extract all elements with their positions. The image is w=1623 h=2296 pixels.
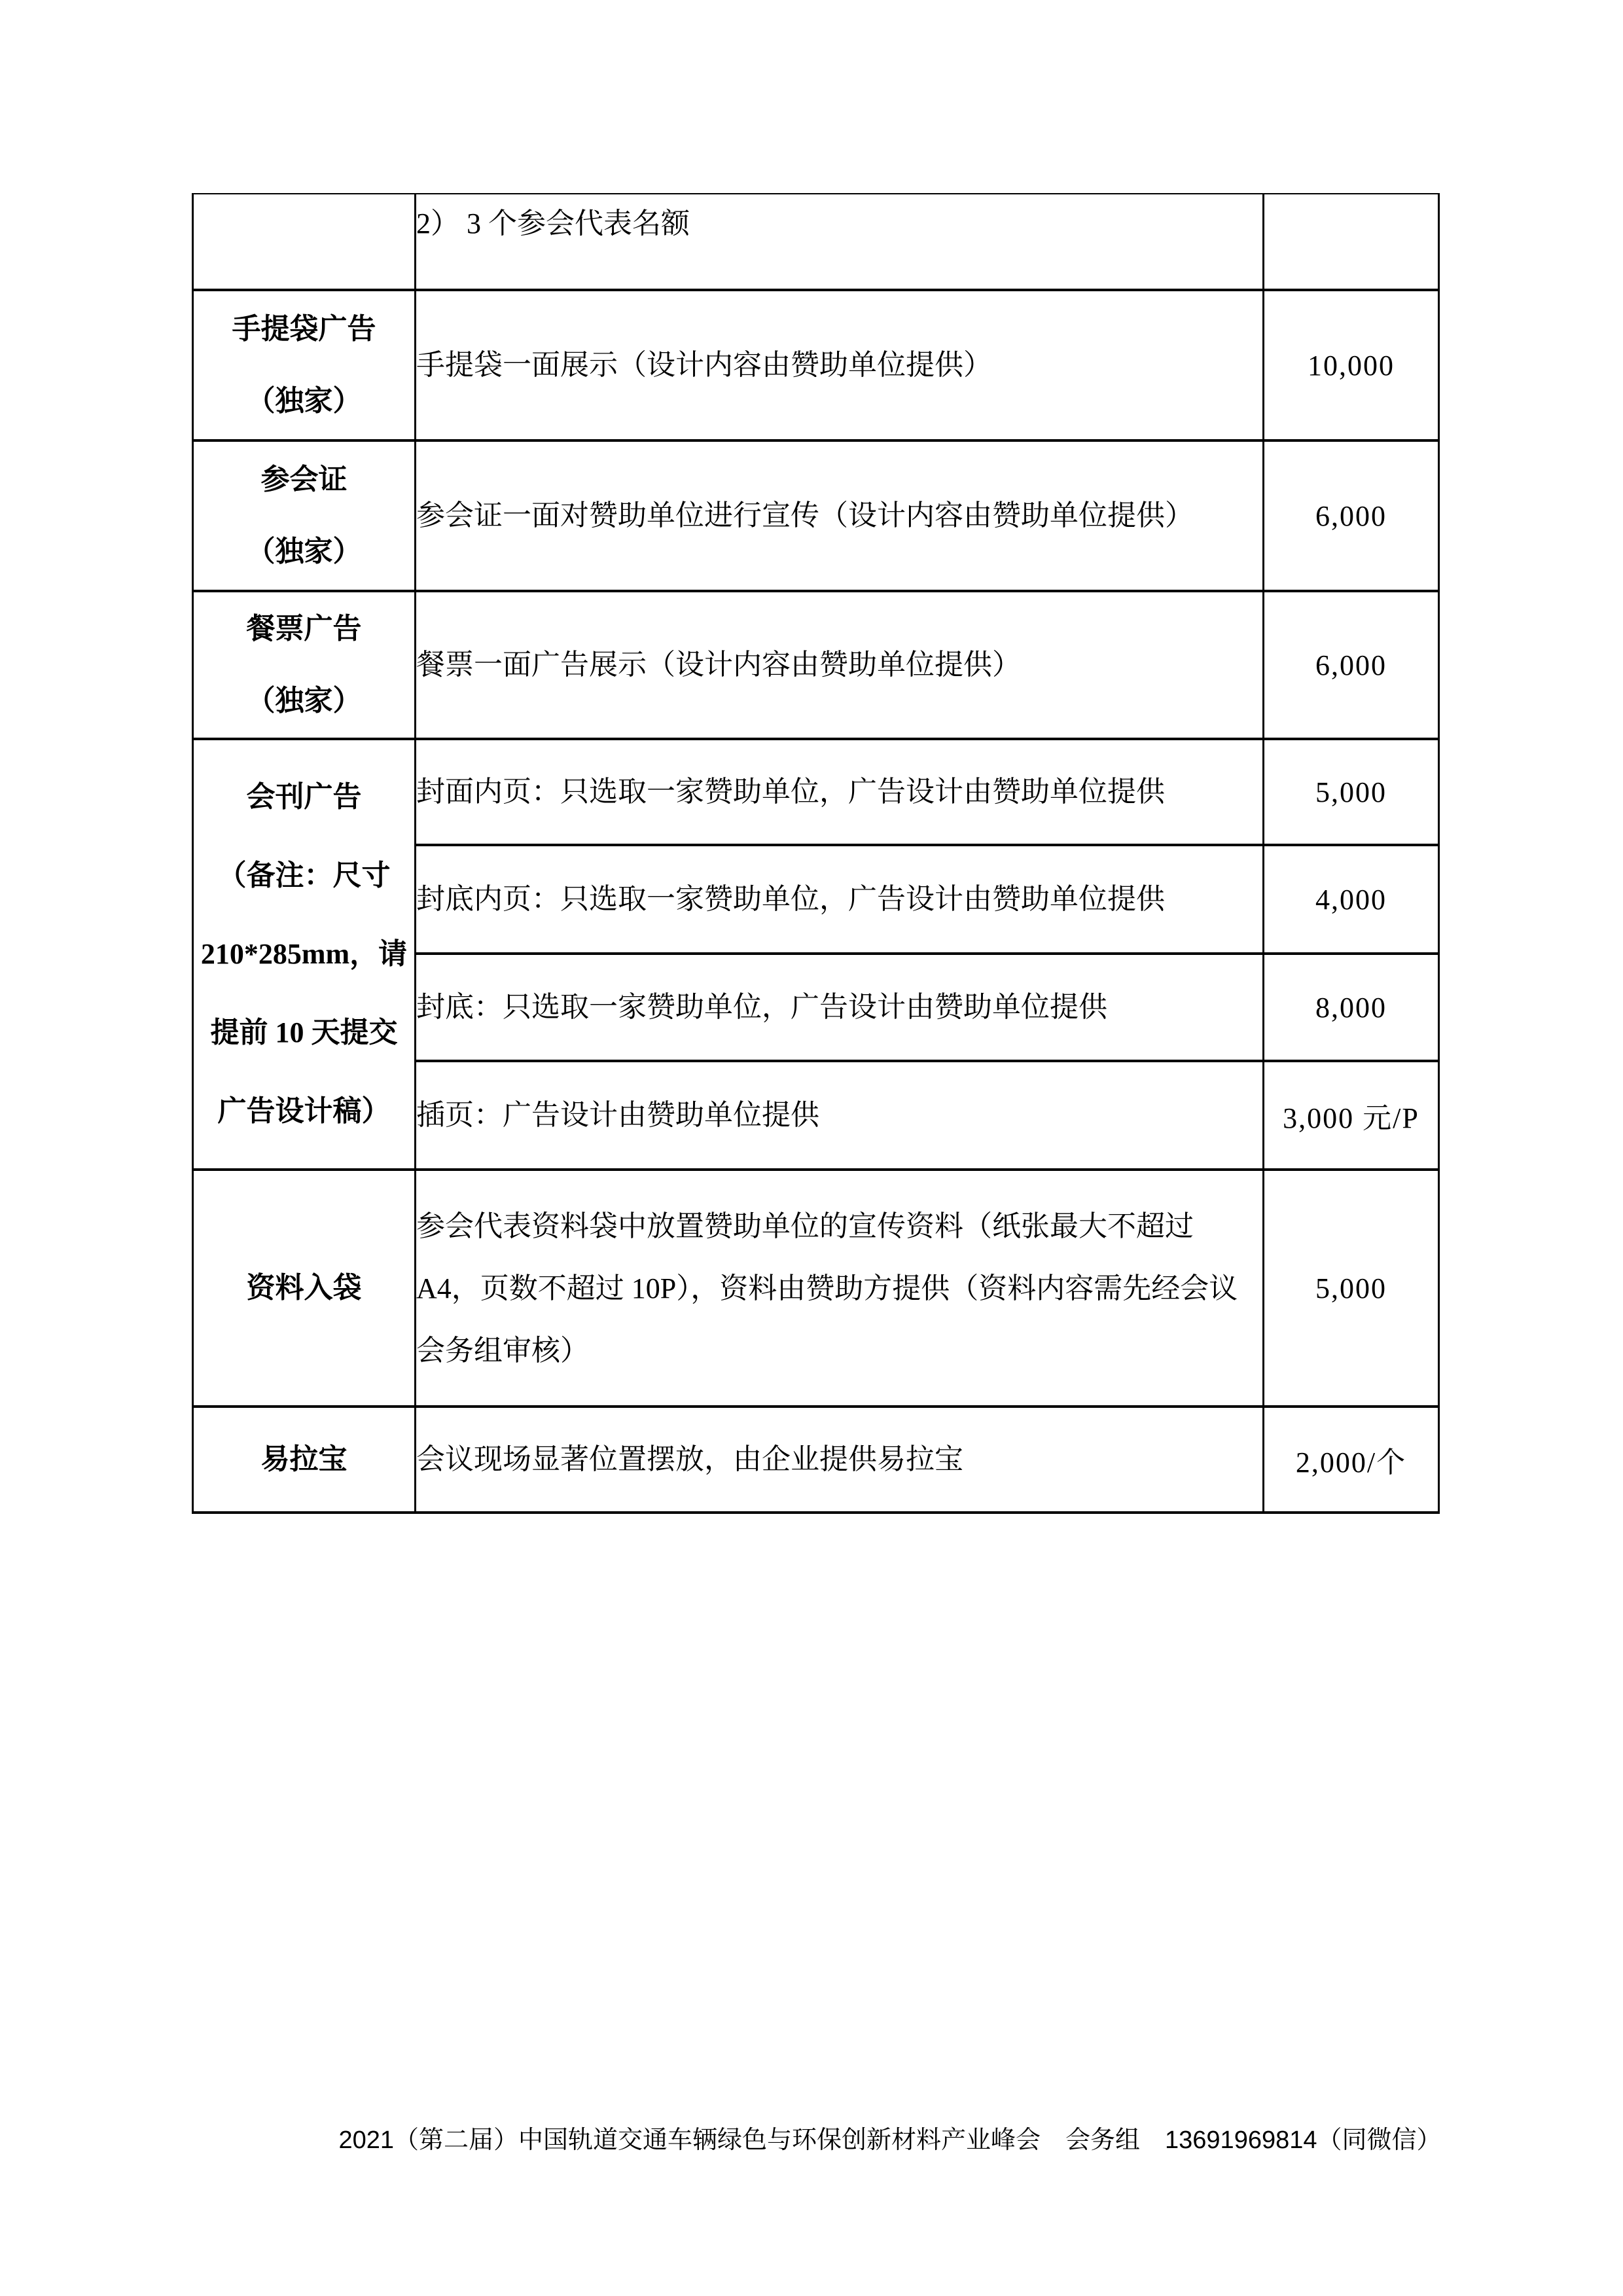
table-row-continuation: 2） 3 个参会代表名额 [193,194,1439,290]
item-note-line: 210*285mm，请 [194,915,414,994]
item-note: （独家） [194,516,414,588]
table-row-meal-ticket-ad: 餐票广告 （独家） 餐票一面广告展示（设计内容由赞助单位提供） 6,000 [193,591,1439,739]
description-cell: 会议现场显著位置摆放，由企业提供易拉宝 [416,1407,1264,1513]
description-cell: 封底内页：只选取一家赞助单位，广告设计由赞助单位提供 [416,845,1264,954]
page-footer: 2021（第二届）中国轨道交通车辆绿色与环保创新材料产业峰会 会务组 13691… [0,2119,1623,2155]
item-name: 资料入袋 [194,1252,414,1324]
price-cell: 4,000 [1264,845,1439,954]
table-row-badge-ad: 参会证 （独家） 参会证一面对赞助单位进行宣传（设计内容由赞助单位提供） 6,0… [193,440,1439,591]
table-row-materials-in-bag: 资料入袋 参会代表资料袋中放置赞助单位的宣传资料（纸张最大不超过 A4，页数不超… [193,1170,1439,1407]
table-row-journal-cover-inner: 会刊广告 （备注：尺寸 210*285mm，请 提前 10 天提交 广告设计稿）… [193,739,1439,845]
description-cell: 参会证一面对赞助单位进行宣传（设计内容由赞助单位提供） [416,440,1264,591]
item-note-line: 广告设计稿） [194,1072,414,1151]
item-name: 易拉宝 [194,1424,414,1496]
price-cell: 3,000 元/P [1264,1061,1439,1170]
item-note: （独家） [194,365,414,437]
item-note-line: 提前 10 天提交 [194,994,414,1072]
price-cell: 2,000/个 [1264,1407,1439,1513]
item-note-line: （备注：尺寸 [194,836,414,915]
price-cell: 5,000 [1264,739,1439,845]
document-page: 2） 3 个参会代表名额 手提袋广告 （独家） 手提袋一面展示（设计内容由赞助单… [0,0,1623,2296]
item-name: 手提袋广告 [194,293,414,365]
description-cell: 2） 3 个参会代表名额 [416,194,1264,290]
price-cell: 6,000 [1264,591,1439,739]
item-cell: 易拉宝 [193,1407,416,1513]
sponsorship-price-table: 2） 3 个参会代表名额 手提袋广告 （独家） 手提袋一面展示（设计内容由赞助单… [192,193,1440,1514]
item-cell-empty [193,194,416,290]
item-name: 餐票广告 [194,593,414,665]
item-cell: 资料入袋 [193,1170,416,1407]
price-cell: 10,000 [1264,290,1439,440]
price-cell: 8,000 [1264,954,1439,1061]
description-cell: 封面内页：只选取一家赞助单位，广告设计由赞助单位提供 [416,739,1264,845]
item-cell: 手提袋广告 （独家） [193,290,416,440]
description-cell: 插页：广告设计由赞助单位提供 [416,1061,1264,1170]
item-name: 会刊广告 [194,758,414,836]
description-cell: 参会代表资料袋中放置赞助单位的宣传资料（纸张最大不超过 A4，页数不超过 10P… [416,1170,1264,1407]
description-cell: 封底：只选取一家赞助单位，广告设计由赞助单位提供 [416,954,1264,1061]
price-cell-empty [1264,194,1439,290]
price-cell: 6,000 [1264,440,1439,591]
price-cell: 5,000 [1264,1170,1439,1407]
item-cell-journal: 会刊广告 （备注：尺寸 210*285mm，请 提前 10 天提交 广告设计稿） [193,739,416,1170]
description-cell: 手提袋一面展示（设计内容由赞助单位提供） [416,290,1264,440]
item-cell: 餐票广告 （独家） [193,591,416,739]
description-cell: 餐票一面广告展示（设计内容由赞助单位提供） [416,591,1264,739]
item-cell: 参会证 （独家） [193,440,416,591]
table-row-bag-ad: 手提袋广告 （独家） 手提袋一面展示（设计内容由赞助单位提供） 10,000 [193,290,1439,440]
item-note: （独家） [194,665,414,737]
item-name: 参会证 [194,444,414,516]
table-row-roll-up-banner: 易拉宝 会议现场显著位置摆放，由企业提供易拉宝 2,000/个 [193,1407,1439,1513]
